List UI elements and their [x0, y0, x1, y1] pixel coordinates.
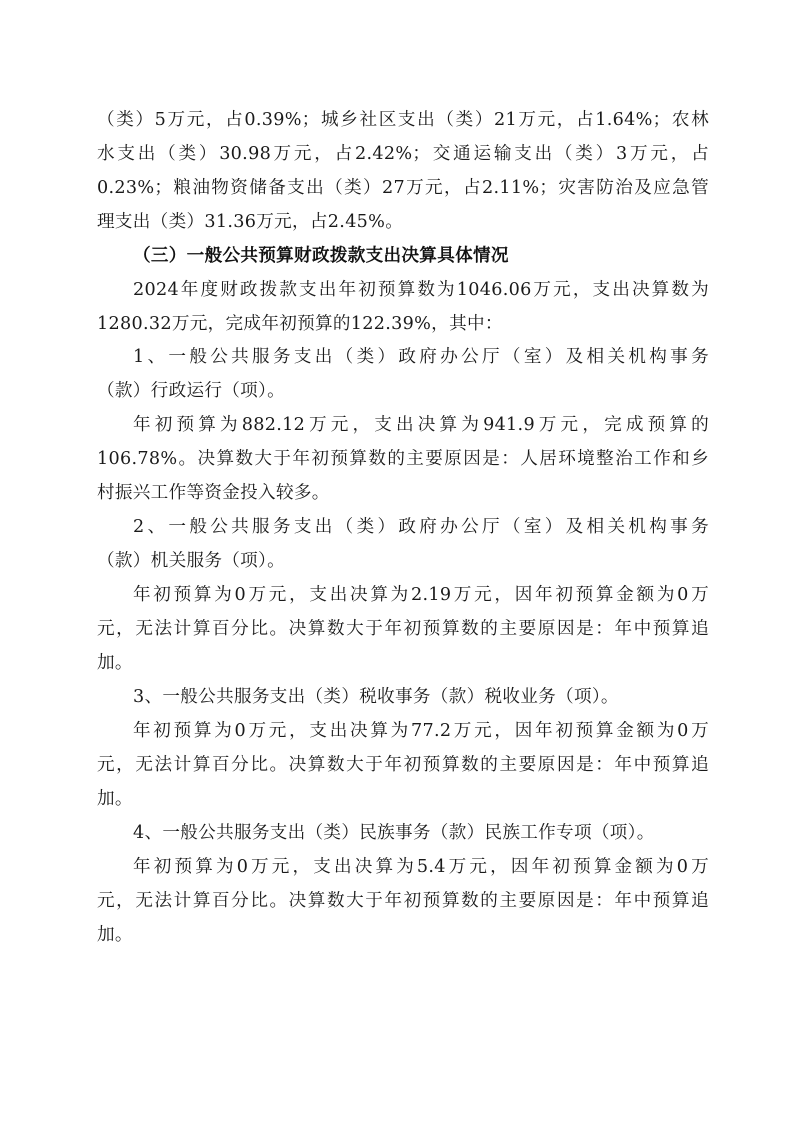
paragraph-line: （类）5万元，占0.39%；城乡社区支出（类）21万元，占1.64%；农林 — [97, 108, 709, 132]
paragraph-line: 106.78%。决算数大于年初预算数的主要原因是：人居环境整治工作和乡 — [97, 447, 709, 471]
paragraph-line: 1280.32万元，完成年初预算的122.39%，其中： — [97, 312, 709, 336]
paragraph-line: 2024年度财政拨款支出年初预算数为1046.06万元，支出决算数为 — [133, 278, 709, 302]
paragraph-line: 水支出（类）30.98万元，占2.42%；交通运输支出（类）3万元，占 — [97, 142, 709, 166]
paragraph-line: 理支出（类）31.36万元，占2.45%。 — [97, 210, 709, 234]
paragraph-line: 年初预算为0万元，支出决算为2.19万元，因年初预算金额为0万 — [133, 583, 709, 607]
paragraph-line: 0.23%；粮油物资储备支出（类）27万元，占2.11%；灾害防治及应急管 — [97, 176, 709, 200]
paragraph-line: 元，无法计算百分比。决算数大于年初预算数的主要原因是：年中预算追 — [97, 617, 709, 641]
item-heading-4: 4、一般公共服务支出（类）民族事务（款）民族工作专项（项）。 — [133, 821, 709, 845]
section-heading: （三）一般公共预算财政拨款支出决算具体情况 — [133, 244, 745, 268]
document-page: （类）5万元，占0.39%；城乡社区支出（类）21万元，占1.64%；农林 水支… — [0, 0, 793, 1122]
paragraph-line: 元，无法计算百分比。决算数大于年初预算数的主要原因是：年中预算追 — [97, 753, 709, 777]
item-heading-1: 1、一般公共服务支出（类）政府办公厅（室）及相关机构事务 — [133, 345, 709, 369]
paragraph-line: 元，无法计算百分比。决算数大于年初预算数的主要原因是：年中预算追 — [97, 889, 709, 913]
paragraph-line: （款）机关服务（项）。 — [97, 549, 709, 573]
paragraph-line: 加。 — [97, 923, 709, 947]
item-heading-2: 2、一般公共服务支出（类）政府办公厅（室）及相关机构事务 — [133, 515, 709, 539]
paragraph-line: 加。 — [97, 787, 709, 811]
paragraph-line: 加。 — [97, 651, 709, 675]
paragraph-line: 村振兴工作等资金投入较多。 — [97, 481, 709, 505]
paragraph-line: 年初预算为882.12万元，支出决算为941.9万元，完成预算的 — [133, 413, 709, 437]
paragraph-line: 年初预算为0万元，支出决算为77.2万元，因年初预算金额为0万 — [133, 719, 709, 743]
paragraph-line: 年初预算为0万元，支出决算为5.4万元，因年初预算金额为0万 — [133, 855, 709, 879]
paragraph-line: （款）行政运行（项）。 — [97, 379, 709, 403]
item-heading-3: 3、一般公共服务支出（类）税收事务（款）税收业务（项）。 — [133, 685, 709, 709]
